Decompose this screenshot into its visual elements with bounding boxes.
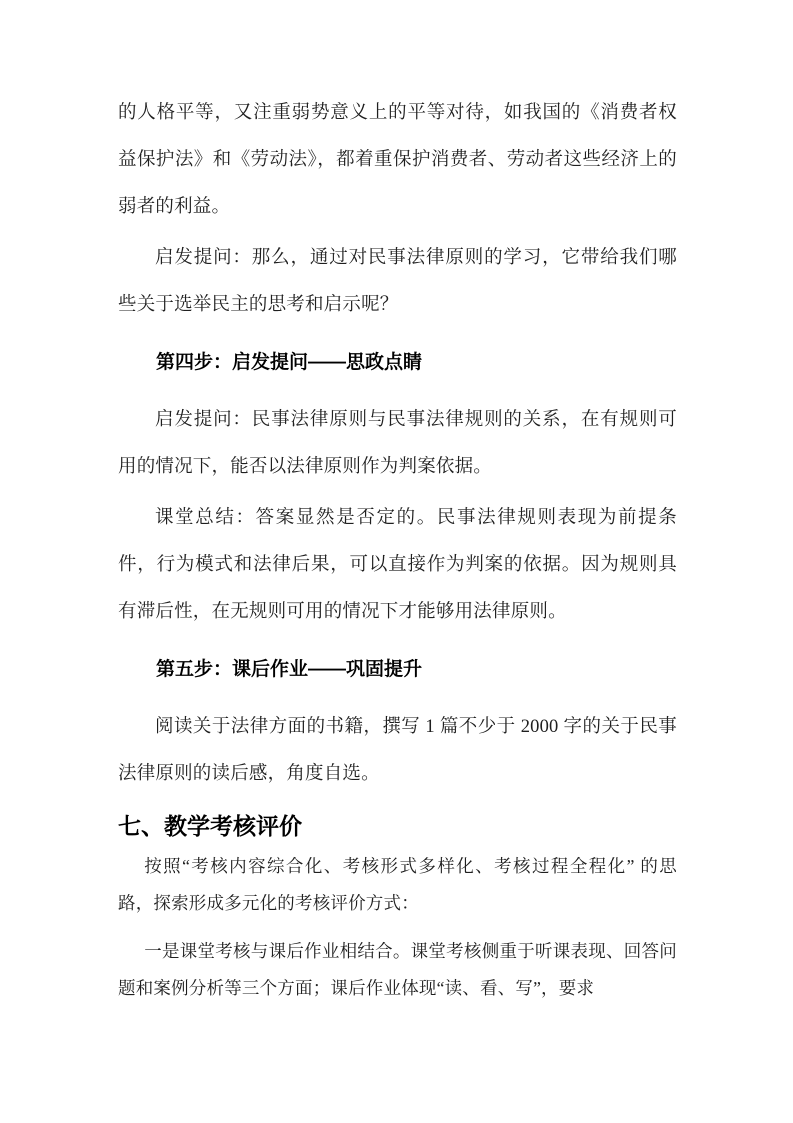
page-content: 的人格平等，又注重弱势意义上的平等对待，如我国的《消费者权益保护法》和《劳动法》… <box>0 0 793 1007</box>
paragraph-assessment-principles: 按照“考核内容综合化、考核形式多样化、考核过程全程化” 的思路，探索形成多元化的… <box>118 848 677 922</box>
step-five-heading: 第五步：课后作业——巩固提升 <box>118 646 677 693</box>
paragraph-inspiring-question-democracy: 启发提问：那么，通过对民事法律原则的学习，它带给我们哪些关于选举民主的思考和启示… <box>118 235 677 329</box>
step-four-heading: 第四步：启发提问——思政点睛 <box>118 339 677 386</box>
paragraph-inspiring-question-rules: 启发提问：民事法律原则与民事法律规则的关系，在有规则可用的情况下，能否以法律原则… <box>118 397 677 491</box>
paragraph-assessment-method-one: 一是课堂考核与课后作业相结合。课堂考核侧重于听课表现、回答问题和案例分析等三个方… <box>118 933 677 1007</box>
paragraph-continued-from-previous-page: 的人格平等，又注重弱势意义上的平等对待，如我国的《消费者权益保护法》和《劳动法》… <box>118 90 677 231</box>
document-page: 的人格平等，又注重弱势意义上的平等对待，如我国的《消费者权益保护法》和《劳动法》… <box>0 0 793 1123</box>
paragraph-homework-assignment: 阅读关于法律方面的书籍，撰写 1 篇不少于 2000 字的关于民事法律原则的读后… <box>118 704 677 798</box>
paragraph-class-summary: 课堂总结：答案显然是否定的。民事法律规则表现为前提条件，行为模式和法律后果，可以… <box>118 495 677 636</box>
section-seven-heading: 七、教学考核评价 <box>118 806 677 846</box>
